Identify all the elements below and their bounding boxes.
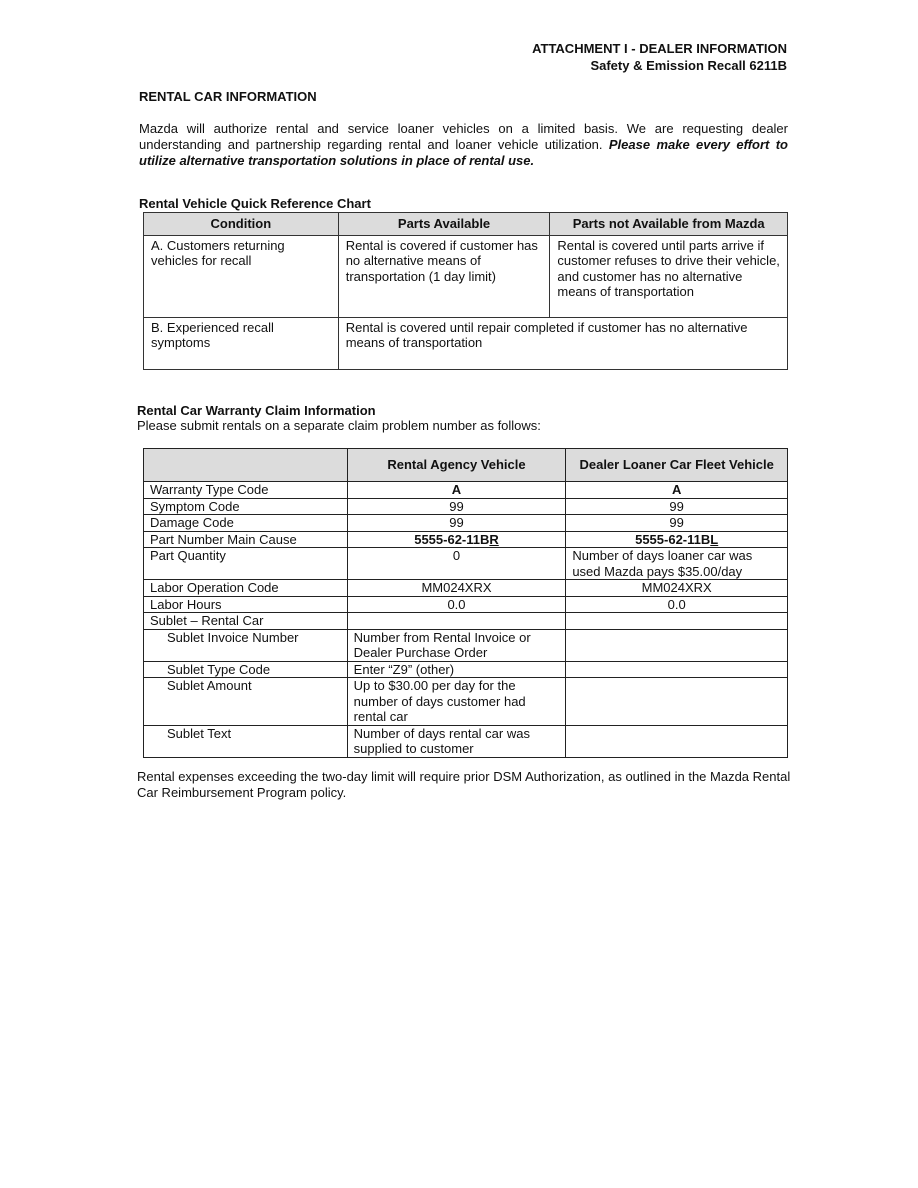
- part-number-prefix: 5555-62-11B: [414, 532, 489, 547]
- table-cell: Up to $30.00 per day for the number of d…: [347, 678, 566, 726]
- attachment-title: ATTACHMENT I - DEALER INFORMATION: [532, 40, 787, 57]
- table-row: Sublet Amount Up to $30.00 per day for t…: [144, 678, 788, 726]
- table-cell: Number of days rental car was supplied t…: [347, 725, 566, 757]
- table-cell: Rental is covered if customer has no alt…: [338, 235, 550, 317]
- intro-paragraph: Mazda will authorize rental and service …: [139, 121, 788, 169]
- table-row: Part Number Main Cause 5555-62-11BR 5555…: [144, 531, 788, 548]
- table-row: A. Customers returning vehicles for reca…: [144, 235, 788, 317]
- column-header: Condition: [144, 213, 339, 236]
- document-header: ATTACHMENT I - DEALER INFORMATION Safety…: [532, 40, 787, 74]
- footer-note: Rental expenses exceeding the two-day li…: [137, 769, 797, 801]
- table-cell: 99: [566, 498, 788, 515]
- table-cell: MM024XRX: [347, 580, 566, 597]
- row-label: Sublet Invoice Number: [144, 629, 348, 661]
- table-cell: 5555-62-11BL: [566, 531, 788, 548]
- table-cell: [566, 629, 788, 661]
- table-cell: 5555-62-11BR: [347, 531, 566, 548]
- quick-reference-caption: Rental Vehicle Quick Reference Chart: [139, 196, 371, 211]
- row-label: Damage Code: [144, 515, 348, 532]
- table-cell: [566, 725, 788, 757]
- row-label: Sublet Text: [144, 725, 348, 757]
- claim-info-table: Rental Agency Vehicle Dealer Loaner Car …: [143, 448, 788, 758]
- part-number-prefix: 5555-62-11B: [635, 532, 710, 547]
- table-cell: Number of days loaner car was used Mazda…: [566, 548, 788, 580]
- table-cell: A: [566, 482, 788, 499]
- table-row: Sublet Invoice Number Number from Rental…: [144, 629, 788, 661]
- table-row: Part Quantity 0 Number of days loaner ca…: [144, 548, 788, 580]
- table-cell: [566, 678, 788, 726]
- column-header: [144, 449, 348, 482]
- table-cell: A: [347, 482, 566, 499]
- table-header-row: Condition Parts Available Parts not Avai…: [144, 213, 788, 236]
- table-cell: MM024XRX: [566, 580, 788, 597]
- table-row: Damage Code 99 99: [144, 515, 788, 532]
- row-label: Symptom Code: [144, 498, 348, 515]
- claim-info-title: Rental Car Warranty Claim Information: [137, 403, 541, 418]
- table-cell: Number from Rental Invoice or Dealer Pur…: [347, 629, 566, 661]
- table-cell: [566, 661, 788, 678]
- recall-title: Safety & Emission Recall 6211B: [532, 57, 787, 74]
- table-cell: 0: [347, 548, 566, 580]
- column-header: Parts not Available from Mazda: [550, 213, 788, 236]
- table-row: Sublet Type Code Enter “Z9” (other): [144, 661, 788, 678]
- part-number-suffix: L: [710, 532, 718, 547]
- table-cell: B. Experienced recall symptoms: [144, 317, 339, 369]
- table-row: Warranty Type Code A A: [144, 482, 788, 499]
- row-label: Part Number Main Cause: [144, 531, 348, 548]
- table-cell: 99: [566, 515, 788, 532]
- section-title: RENTAL CAR INFORMATION: [139, 89, 317, 104]
- row-label: Labor Operation Code: [144, 580, 348, 597]
- table-cell: Rental is covered until repair completed…: [338, 317, 787, 369]
- table-cell: 99: [347, 515, 566, 532]
- table-row: Sublet – Rental Car: [144, 613, 788, 630]
- row-label: Sublet Amount: [144, 678, 348, 726]
- table-cell: [347, 613, 566, 630]
- part-number-suffix: R: [489, 532, 498, 547]
- column-header: Dealer Loaner Car Fleet Vehicle: [566, 449, 788, 482]
- table-header-row: Rental Agency Vehicle Dealer Loaner Car …: [144, 449, 788, 482]
- row-label: Labor Hours: [144, 596, 348, 613]
- row-label: Part Quantity: [144, 548, 348, 580]
- table-cell: 99: [347, 498, 566, 515]
- table-cell: [566, 613, 788, 630]
- row-label: Sublet – Rental Car: [144, 613, 348, 630]
- table-cell: 0.0: [347, 596, 566, 613]
- table-cell: 0.0: [566, 596, 788, 613]
- table-row: Symptom Code 99 99: [144, 498, 788, 515]
- column-header: Parts Available: [338, 213, 550, 236]
- row-label: Sublet Type Code: [144, 661, 348, 678]
- claim-info-subtitle: Please submit rentals on a separate clai…: [137, 418, 541, 433]
- table-cell: Enter “Z9” (other): [347, 661, 566, 678]
- column-header: Rental Agency Vehicle: [347, 449, 566, 482]
- table-cell: Rental is covered until parts arrive if …: [550, 235, 788, 317]
- row-label: Warranty Type Code: [144, 482, 348, 499]
- table-row: Labor Operation Code MM024XRX MM024XRX: [144, 580, 788, 597]
- quick-reference-table: Condition Parts Available Parts not Avai…: [143, 212, 788, 370]
- table-row: B. Experienced recall symptoms Rental is…: [144, 317, 788, 369]
- table-row: Labor Hours 0.0 0.0: [144, 596, 788, 613]
- claim-info-caption: Rental Car Warranty Claim Information Pl…: [137, 403, 541, 433]
- table-row: Sublet Text Number of days rental car wa…: [144, 725, 788, 757]
- table-cell: A. Customers returning vehicles for reca…: [144, 235, 339, 317]
